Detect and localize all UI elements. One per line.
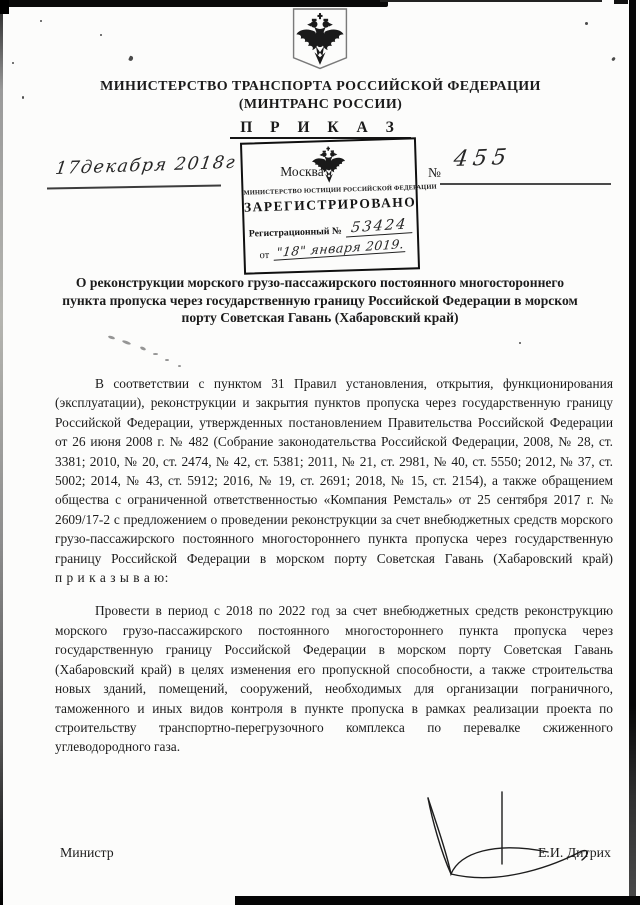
order-number-underline [440, 183, 611, 185]
scan-artifact-bottom-bar [235, 896, 640, 905]
registration-date-label: от [259, 250, 269, 261]
number-sign: № [428, 165, 441, 181]
ink-smudge [178, 365, 181, 367]
dust-speck [519, 342, 521, 344]
ink-smudge [165, 359, 169, 361]
scan-artifact-right-bar [629, 0, 636, 905]
scan-artifact-top-right-mark [614, 0, 628, 4]
registration-stamp: МИНИСТЕРСТВО ЮСТИЦИИ РОССИЙСКОЙ ФЕДЕРАЦИ… [240, 137, 420, 274]
ministry-short-name: (МИНТРАНС РОССИИ) [42, 97, 599, 113]
scan-artifact-top-line [380, 0, 602, 2]
dust-speck [128, 55, 134, 61]
dust-speck [40, 20, 42, 22]
scan-artifact-left-line [0, 0, 3, 905]
stamp-registration-date-row: от "18" января 2019. [259, 241, 409, 264]
ink-smudge [153, 353, 158, 355]
dust-speck [22, 96, 24, 99]
ink-smudge [140, 346, 147, 351]
body-text: В соответствии с пунктом 31 Правил устан… [55, 374, 613, 757]
document-type-text: П Р И К А З [230, 119, 411, 139]
ink-smudge [108, 335, 116, 340]
order-number-handwritten: 455 [452, 145, 513, 172]
paragraph-preamble: В соответствии с пунктом 31 Правил устан… [55, 374, 613, 568]
document-type-title: П Р И К А З [42, 119, 599, 137]
subject-heading: О реконструкции морского грузо-пассажирс… [60, 274, 580, 327]
paragraph-order: Провести в период с 2018 по 2022 год за … [55, 601, 613, 756]
ministry-name: МИНИСТЕРСТВО ТРАНСПОРТА РОССИЙСКОЙ ФЕДЕР… [42, 79, 599, 95]
registration-number-label: Регистрационный № [249, 226, 342, 240]
ink-smudge [122, 340, 131, 346]
dust-speck [100, 34, 102, 36]
decree-word: п р и к а з ы в а ю: [55, 568, 613, 587]
minister-title: Министр [60, 845, 114, 861]
scan-artifact-top-bar [0, 0, 388, 7]
document-page: МИНИСТЕРСТВО ТРАНСПОРТА РОССИЙСКОЙ ФЕДЕР… [0, 0, 640, 905]
stamp-eagle-icon [305, 142, 352, 187]
minister-name: Е.И. Дитрих [538, 845, 611, 861]
scan-artifact-top-left-corner [0, 0, 9, 14]
minister-signature-icon [416, 789, 604, 885]
registration-number-handwritten: 53424 [346, 216, 414, 237]
issue-date-underline [47, 184, 221, 189]
coat-of-arms-icon [291, 8, 349, 71]
stamp-registered-label: ЗАРЕГИСТРИРОВАНО [244, 194, 416, 215]
issue-date-handwritten: 17декабря 2018г [54, 153, 237, 179]
dust-speck [12, 62, 14, 64]
dust-speck [585, 22, 588, 25]
dust-speck [611, 57, 616, 62]
